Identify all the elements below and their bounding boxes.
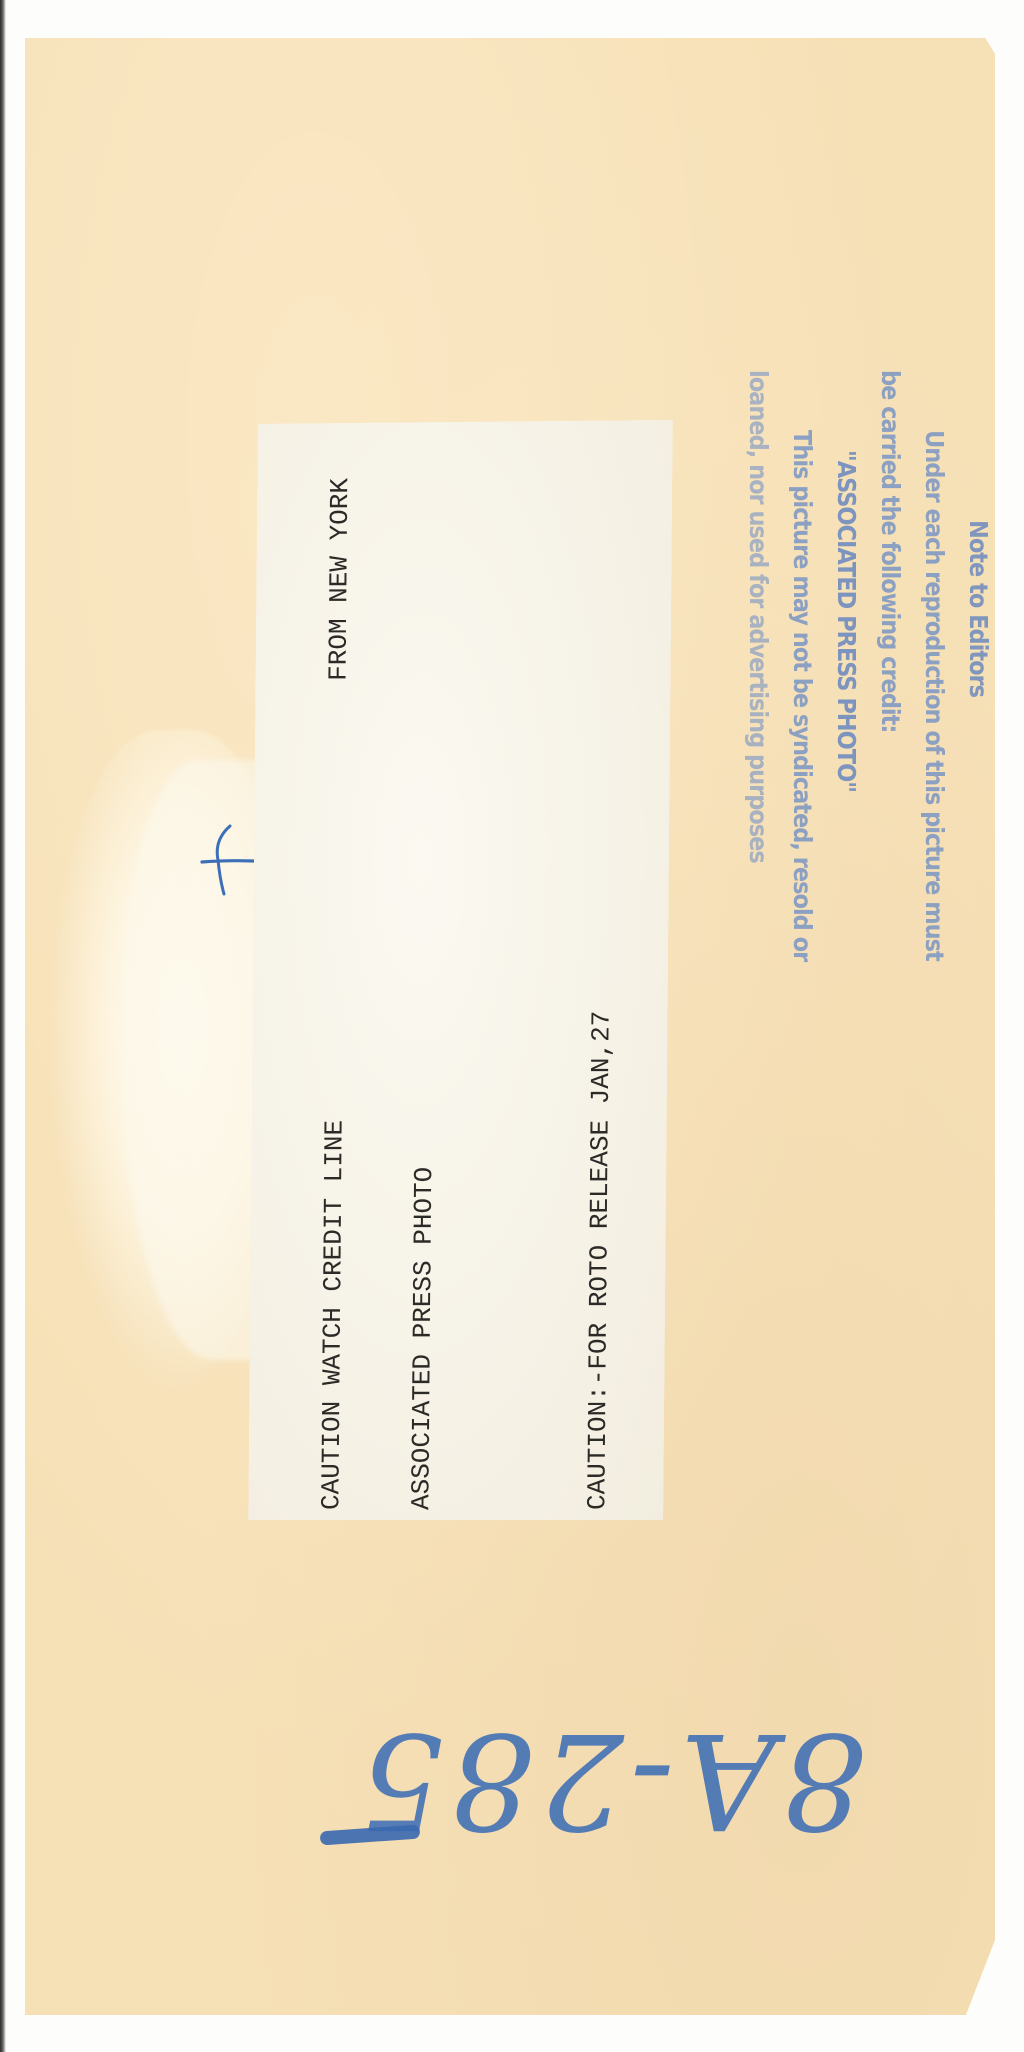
- caption-text-block: CAUTION WATCH CREDIT LINEFROM NEW YORK A…: [256, 430, 665, 1510]
- stamp-line: loaned, nor used for advertising purpose…: [736, 370, 780, 1150]
- stamp-line: Under each reproduction of this picture …: [912, 370, 956, 1150]
- stamp-heading: Note to Editors: [956, 370, 1000, 1150]
- credit-caution-line: CAUTION WATCH CREDIT LINE: [316, 1120, 349, 1510]
- stamp-line: be carried the following credit:: [868, 370, 912, 1150]
- scanner-edge: [0, 0, 6, 2052]
- credit-agency-line: ASSOCIATED PRESS PHOTO: [406, 430, 445, 1510]
- dateline-from: FROM NEW YORK: [323, 478, 355, 681]
- pencil-plus-mark-icon: [196, 820, 256, 900]
- credit-line-row: CAUTION WATCH CREDIT LINEFROM NEW YORK: [316, 430, 355, 1510]
- stamp-credit-line: "ASSOCIATED PRESS PHOTO": [824, 370, 868, 1150]
- stamp-text-block: Note to Editors Under each reproduction …: [640, 370, 1000, 1150]
- handwritten-file-number: 8A-285: [320, 1690, 900, 1870]
- stamp-line: This picture may not be syndicated, reso…: [780, 370, 824, 1150]
- editor-notice-stamp: Note to Editors Under each reproduction …: [610, 360, 1024, 1160]
